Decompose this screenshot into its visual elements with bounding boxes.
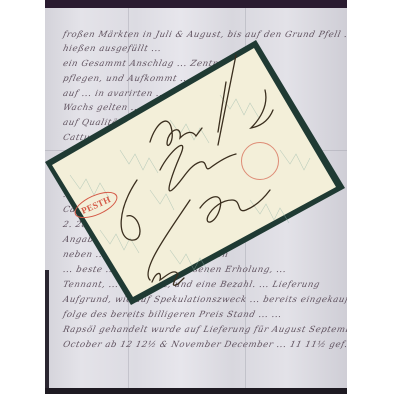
letter-line: pflegen, und Aufkommt ... ... die Ref- <box>62 74 246 84</box>
letter-line: hießen ausgefüllt ... <box>62 44 163 54</box>
photo-stage: froßen Märkten in Juli & August, bis auf… <box>0 0 394 394</box>
letter-line: Aufgrund, wie auf Spekulationszweck ... … <box>62 295 347 305</box>
letter-line: auf Qualität ... <box>62 118 136 128</box>
letter-line: froßen Märkten in Juli & August, bis auf… <box>62 30 347 40</box>
letter-line: October ab 12 12½ & November December ..… <box>62 340 347 350</box>
letter-line: Caution ... ... 1036 fl. ... er <box>62 205 196 215</box>
letter-line: folge des bereits billigeren Preis Stand… <box>62 310 283 320</box>
fold-line <box>45 150 347 151</box>
bottom-dark-strip <box>45 388 347 394</box>
letter-line: neben ... ... so wirklich ... bei den <box>62 250 230 260</box>
letter-shadow-edge <box>45 270 49 394</box>
letter-line: Angaben ... ... auf zu keinen Jahres <box>62 235 236 245</box>
letter-line: ein Gesammt Anschlag ... Zentnern ange- <box>62 59 266 69</box>
letter-line: Rapsöl gehandelt wurde auf Lieferung für… <box>62 325 347 335</box>
letter-line: 2. 28 ... ... und f. 2. pr. Kübel <box>62 220 207 230</box>
top-dark-strip <box>45 0 347 8</box>
letter-line: Wachs gelten ... fl. 20. 28 <box>62 103 190 113</box>
letter-line: ... Abschluß <box>62 190 122 200</box>
letter-line: Cattun ... ... gefl. <box>62 133 149 143</box>
letter-line: Tennant, ... ... kommt, und eine Bezahl.… <box>62 280 321 290</box>
letter-line: ... beste ... ... zur geschlossenen Erho… <box>62 265 287 275</box>
letter-line: auf ... in avarirten ... <box>62 89 167 99</box>
folded-letter: froßen Märkten in Juli & August, bis auf… <box>45 0 347 394</box>
